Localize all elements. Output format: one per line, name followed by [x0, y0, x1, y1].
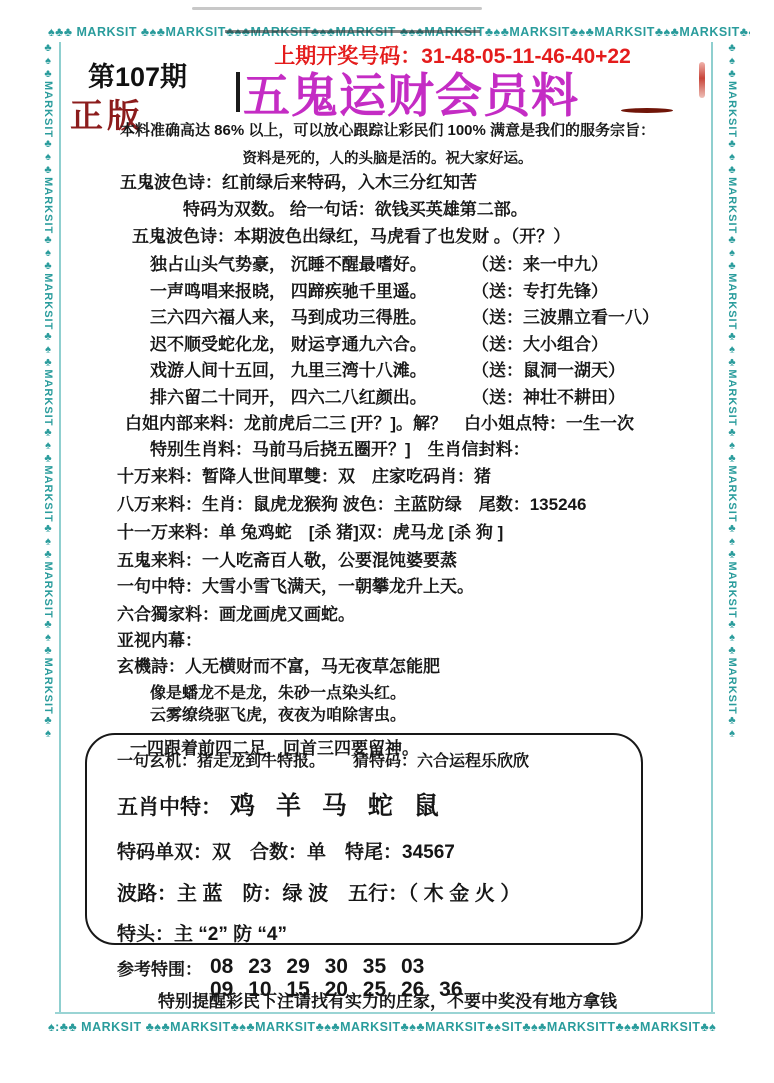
special-head-row: 特头：主 “2” 防 “4” — [117, 919, 627, 946]
border-pattern-left: ♣♠♣MARKSIT♣♠♣MARKSIT♣♠♣MARKSIT♣♠♣MARKSIT… — [34, 42, 54, 1017]
scan-artifact-line — [192, 7, 482, 10]
verse-row: 三六四六福人来， 马到成功三得胜。 （送：三波鼎立看一八） — [150, 303, 725, 330]
mystery-phrase: 一句玄机：猪走龙到牛特报。 — [117, 748, 325, 771]
verse-text: 独占山头气势豪， 沉睡不醒最嗜好。 — [150, 250, 472, 277]
verse-row: 排六留二十同开， 四六二八红颜出。 （送：神壮不耕田） — [150, 383, 725, 410]
gift-label: （送：神壮不耕田） — [472, 383, 625, 410]
verse-text: 三六四六福人来， 马到成功三得胜。 — [150, 303, 472, 330]
five-zodiac-values: 鸡 羊 马 蛇 鼠 — [230, 792, 439, 820]
verse-row: 一声鸣唱来报晓， 四蹄疾驰千里遥。 （送：专打先锋） — [150, 277, 725, 304]
verse-row: 独占山头气势豪， 沉睡不醒最嗜好。 （送：来一中九） — [150, 250, 725, 277]
five-zodiac-row: 五肖中特：鸡 羊 马 蛇 鼠 — [117, 786, 627, 822]
guess-special-phrase: 猜特码：六合运程乐欣欣 — [353, 748, 529, 771]
one-phrase-tip: 一句中特：大雪小雪飞满天，一朝攀龙升上天。 — [117, 572, 725, 600]
tips-body: 五鬼波色诗：红前绿后来特码，入木三分红知苦 特码为双数。 给一句话：欲钱买英雄第… — [65, 168, 725, 758]
red-ink-dash — [621, 108, 673, 113]
liuhe-exclusive-tip: 六合獨家料：画龙画虎又画蛇。 — [117, 600, 725, 626]
baijie-inside-tip: 白姐内部来料：龙前虎后二三 [开？]。解？ 白小姐点特：一生一次 — [125, 409, 725, 435]
gift-label: （送：来一中九） — [472, 250, 608, 277]
wave-poem-line: 特码为双数。 给一句话：欲钱买英雄第二部。 — [183, 195, 725, 222]
mystery-poem: 玄機詩：人无横财而不富，马无夜草怎能肥 — [117, 652, 725, 680]
accuracy-tagline: 本料准确高达 86% 以上，可以放心跟踪让彩民们 100% 满意是我们的服务宗旨… — [65, 119, 710, 140]
red-ink-mark — [699, 62, 705, 98]
border-pattern-top: ♠♣♣ MARKSIT ♣♠♣MARKSIT♣♠♣MARKSIT♣♠♣MARKS… — [48, 25, 750, 41]
verse-text: 戏游人间十五回， 九里三湾十八滩。 — [150, 356, 472, 383]
gift-label: （送：三波鼎立看一八） — [472, 303, 659, 330]
reference-numbers-line1: 08 23 29 30 35 03 — [210, 955, 463, 978]
gift-label: （送：鼠洞一湖天） — [472, 356, 625, 383]
odd-even-row: 特码单双：双 合数：单 特尾：34567 — [117, 837, 627, 864]
wave-poem-line: 五鬼波色诗：本期波色出绿红，马虎看了也发财 。（开？） — [132, 222, 725, 250]
eighty-k-tip: 八万来料：生肖：鼠虎龙猴狗 波色：主蓝防绿 尾数：135246 — [117, 490, 725, 518]
couplet-line: 像是蟠龙不是龙，朱砂一点染头红。 — [150, 680, 725, 702]
prediction-box: 一句玄机：猪走龙到牛特报。 猜特码：六合运程乐欣欣 五肖中特：鸡 羊 马 蛇 鼠… — [85, 733, 643, 945]
page-title: 五鬼运财会员料 — [243, 59, 579, 126]
five-zodiac-label: 五肖中特： — [117, 796, 222, 819]
gift-label: （送：大小组合） — [472, 330, 608, 357]
verse-text: 迟不顺受蛇化龙， 财运亨通九六合。 — [150, 330, 472, 357]
inner-frame-line-bottom — [55, 1012, 715, 1014]
goodluck-tagline: 资料是死的，人的头脑是活的。祝大家好运。 — [65, 147, 710, 168]
wave-path-row: 波路：主 蓝 防：绿 波 五行：（ 木 金 火 ） — [117, 877, 627, 906]
atv-insider-label: 亚视内幕： — [117, 626, 725, 652]
wugui-tip: 五鬼来料：一人吃斋百人敬，公要混饨婆要蒸 — [117, 546, 725, 572]
border-pattern-bottom: ♠:♣♣ MARKSIT ♣♠♣MARKSIT♣♠♣MARKSIT♣♠♣MARK… — [48, 1020, 750, 1036]
bettor-warning: 特别提醒彩民下注请找有实力的庄家，不要中奖没有地方拿钱 — [65, 987, 710, 1012]
scan-artifact-line — [225, 30, 480, 33]
wave-poem-line: 五鬼波色诗：红前绿后来特码，入木三分红知苦 — [120, 168, 725, 195]
special-zodiac-tip: 特别生肖料：马前马后挠五圈开？] 生肖信封料： — [150, 435, 725, 462]
couplet-line: 云雾缭绕驱飞虎，夜夜为咱除害虫。 — [150, 702, 725, 724]
gift-label: （送：专打先锋） — [472, 277, 608, 304]
verse-text: 排六留二十同开， 四六二八红颜出。 — [150, 383, 472, 410]
inner-frame-line-left — [59, 42, 61, 1012]
issue-number: 第107期 — [88, 55, 187, 94]
verse-row: 戏游人间十五回， 九里三湾十八滩。 （送：鼠洞一湖天） — [150, 356, 725, 383]
hundred-k-tip: 十万来料：暂降人世间單雙：双 庄家吃码肖：猪 — [117, 462, 725, 490]
verse-text: 一声鸣唱来报晓， 四蹄疾驰千里遥。 — [150, 277, 472, 304]
hundred-ten-k-tip: 十一万来料：单 兔鸡蛇 [杀 猪]双：虎马龙 [杀 狗 ] — [117, 518, 725, 546]
verse-row: 迟不顺受蛇化龙， 财运亨通九六合。 （送：大小组合） — [150, 330, 725, 357]
title-leading-bar — [236, 72, 240, 112]
box-mystery-row: 一句玄机：猪走龙到牛特报。 猜特码：六合运程乐欣欣 — [117, 748, 627, 771]
